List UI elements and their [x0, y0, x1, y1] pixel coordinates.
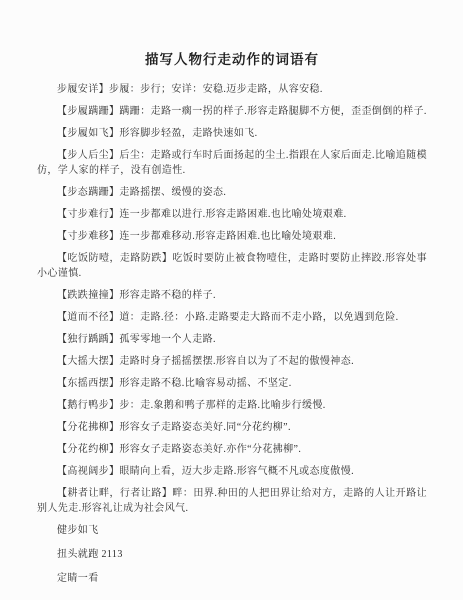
- phrase-entry: 定睛一看: [37, 571, 427, 586]
- definition-entry: 【寸步难移】连一步都难移动.形容走路困难.也比喻处境艰难.: [37, 229, 427, 244]
- definition-entry: 【步履蹒跚】蹒跚：走路一瘸一拐的样子.形容走路腿脚不方便，歪歪倒倒的样子.: [37, 104, 427, 119]
- definition-entry: 【高视阔步】眼睛向上看，迈大步走路.形容气概不凡或态度傲慢.: [37, 464, 427, 479]
- document-page: 描写人物行走动作的词语有 步履安详】步履：步行；安详：安稳.迈步走路，从容安稳.…: [0, 0, 463, 600]
- definition-entry: 步履安详】步履：步行；安详：安稳.迈步走路，从容安稳.: [37, 82, 427, 97]
- definition-entry: 【分花拂柳】形容女子走路姿态美好.同“分花约柳”.: [37, 420, 427, 435]
- definition-entry: 【道而不径】道：走路.径：小路.走路要走大路而不走小路，以免遇到危险.: [37, 310, 427, 325]
- definition-entry: 【东摇西摆】形容走路不稳.比喻容易动摇、不坚定.: [37, 376, 427, 391]
- definition-entry: 【独行踽踽】孤零零地一个人走路.: [37, 332, 427, 347]
- definition-entry: 【耕者让畔，行者让路】畔：田界.种田的人把田界让给对方，走路的人让开路让别人先走…: [37, 486, 427, 516]
- definition-entry: 【跌跌撞撞】形容走路不稳的样子.: [37, 288, 427, 303]
- definition-entry: 【步人后尘】后尘：走路或行车时后面扬起的尘土.指跟在人家后面走.比喻追随模仿，学…: [37, 148, 427, 178]
- definition-entry: 【大摇大摆】走路时身子摇摇摆摆.形容自以为了不起的傲慢神态.: [37, 354, 427, 369]
- definition-entry: 【寸步难行】连一步都难以进行.形容走路困难.也比喻处境艰难.: [37, 207, 427, 222]
- definition-entry: 【鹅行鸭步】步：走.象鹅和鸭子那样的走路.比喻步行缓慢.: [37, 398, 427, 413]
- definition-entry: 【步态蹒跚】走路摇摆、缓慢的姿态.: [37, 185, 427, 200]
- page-title: 描写人物行走动作的词语有: [37, 48, 427, 68]
- definition-entry: 【分花约柳】形容女子走路姿态美好.亦作“分花拂柳”.: [37, 442, 427, 457]
- definition-entry: 【吃饭防噎，走路防跌】吃饭时要防止被食物噎住，走路时要防止摔跤.形容处事小心谨慎…: [37, 251, 427, 281]
- definition-entry: 【步履如飞】形容脚步轻盈，走路快速如飞.: [37, 126, 427, 141]
- phrase-entry: 健步如飞: [37, 523, 427, 538]
- phrase-entry: 扭头就跑 2113: [37, 547, 427, 562]
